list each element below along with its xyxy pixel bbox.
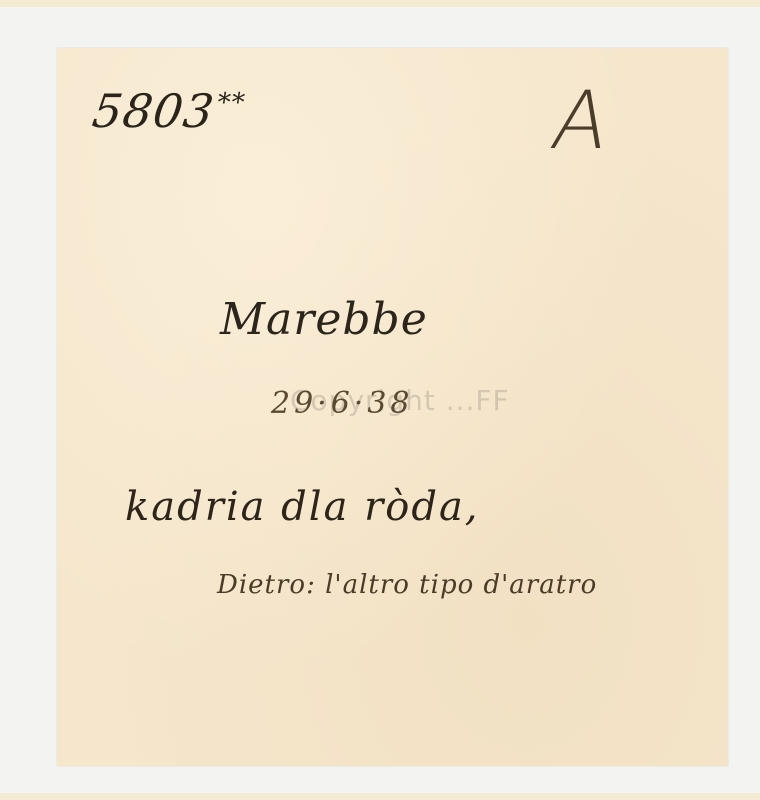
catalog-number-value: 5803 [89, 84, 218, 138]
bottom-edge-strip [0, 793, 760, 800]
catalog-number: 5803** [89, 84, 248, 138]
place-name: Marebbe [220, 294, 428, 345]
dialect-term: kadria dla ròda, [125, 484, 480, 530]
series-letter: A [544, 74, 620, 167]
top-edge-strip [0, 0, 760, 7]
annotation-note: Dietro: l'altro tipo d'aratro [217, 570, 597, 600]
date: 29·6·38 [271, 386, 414, 421]
archival-card: 5803** A Marebbe Copyright ...FF 29·6·38… [57, 48, 728, 766]
catalog-marks: ** [215, 88, 247, 118]
